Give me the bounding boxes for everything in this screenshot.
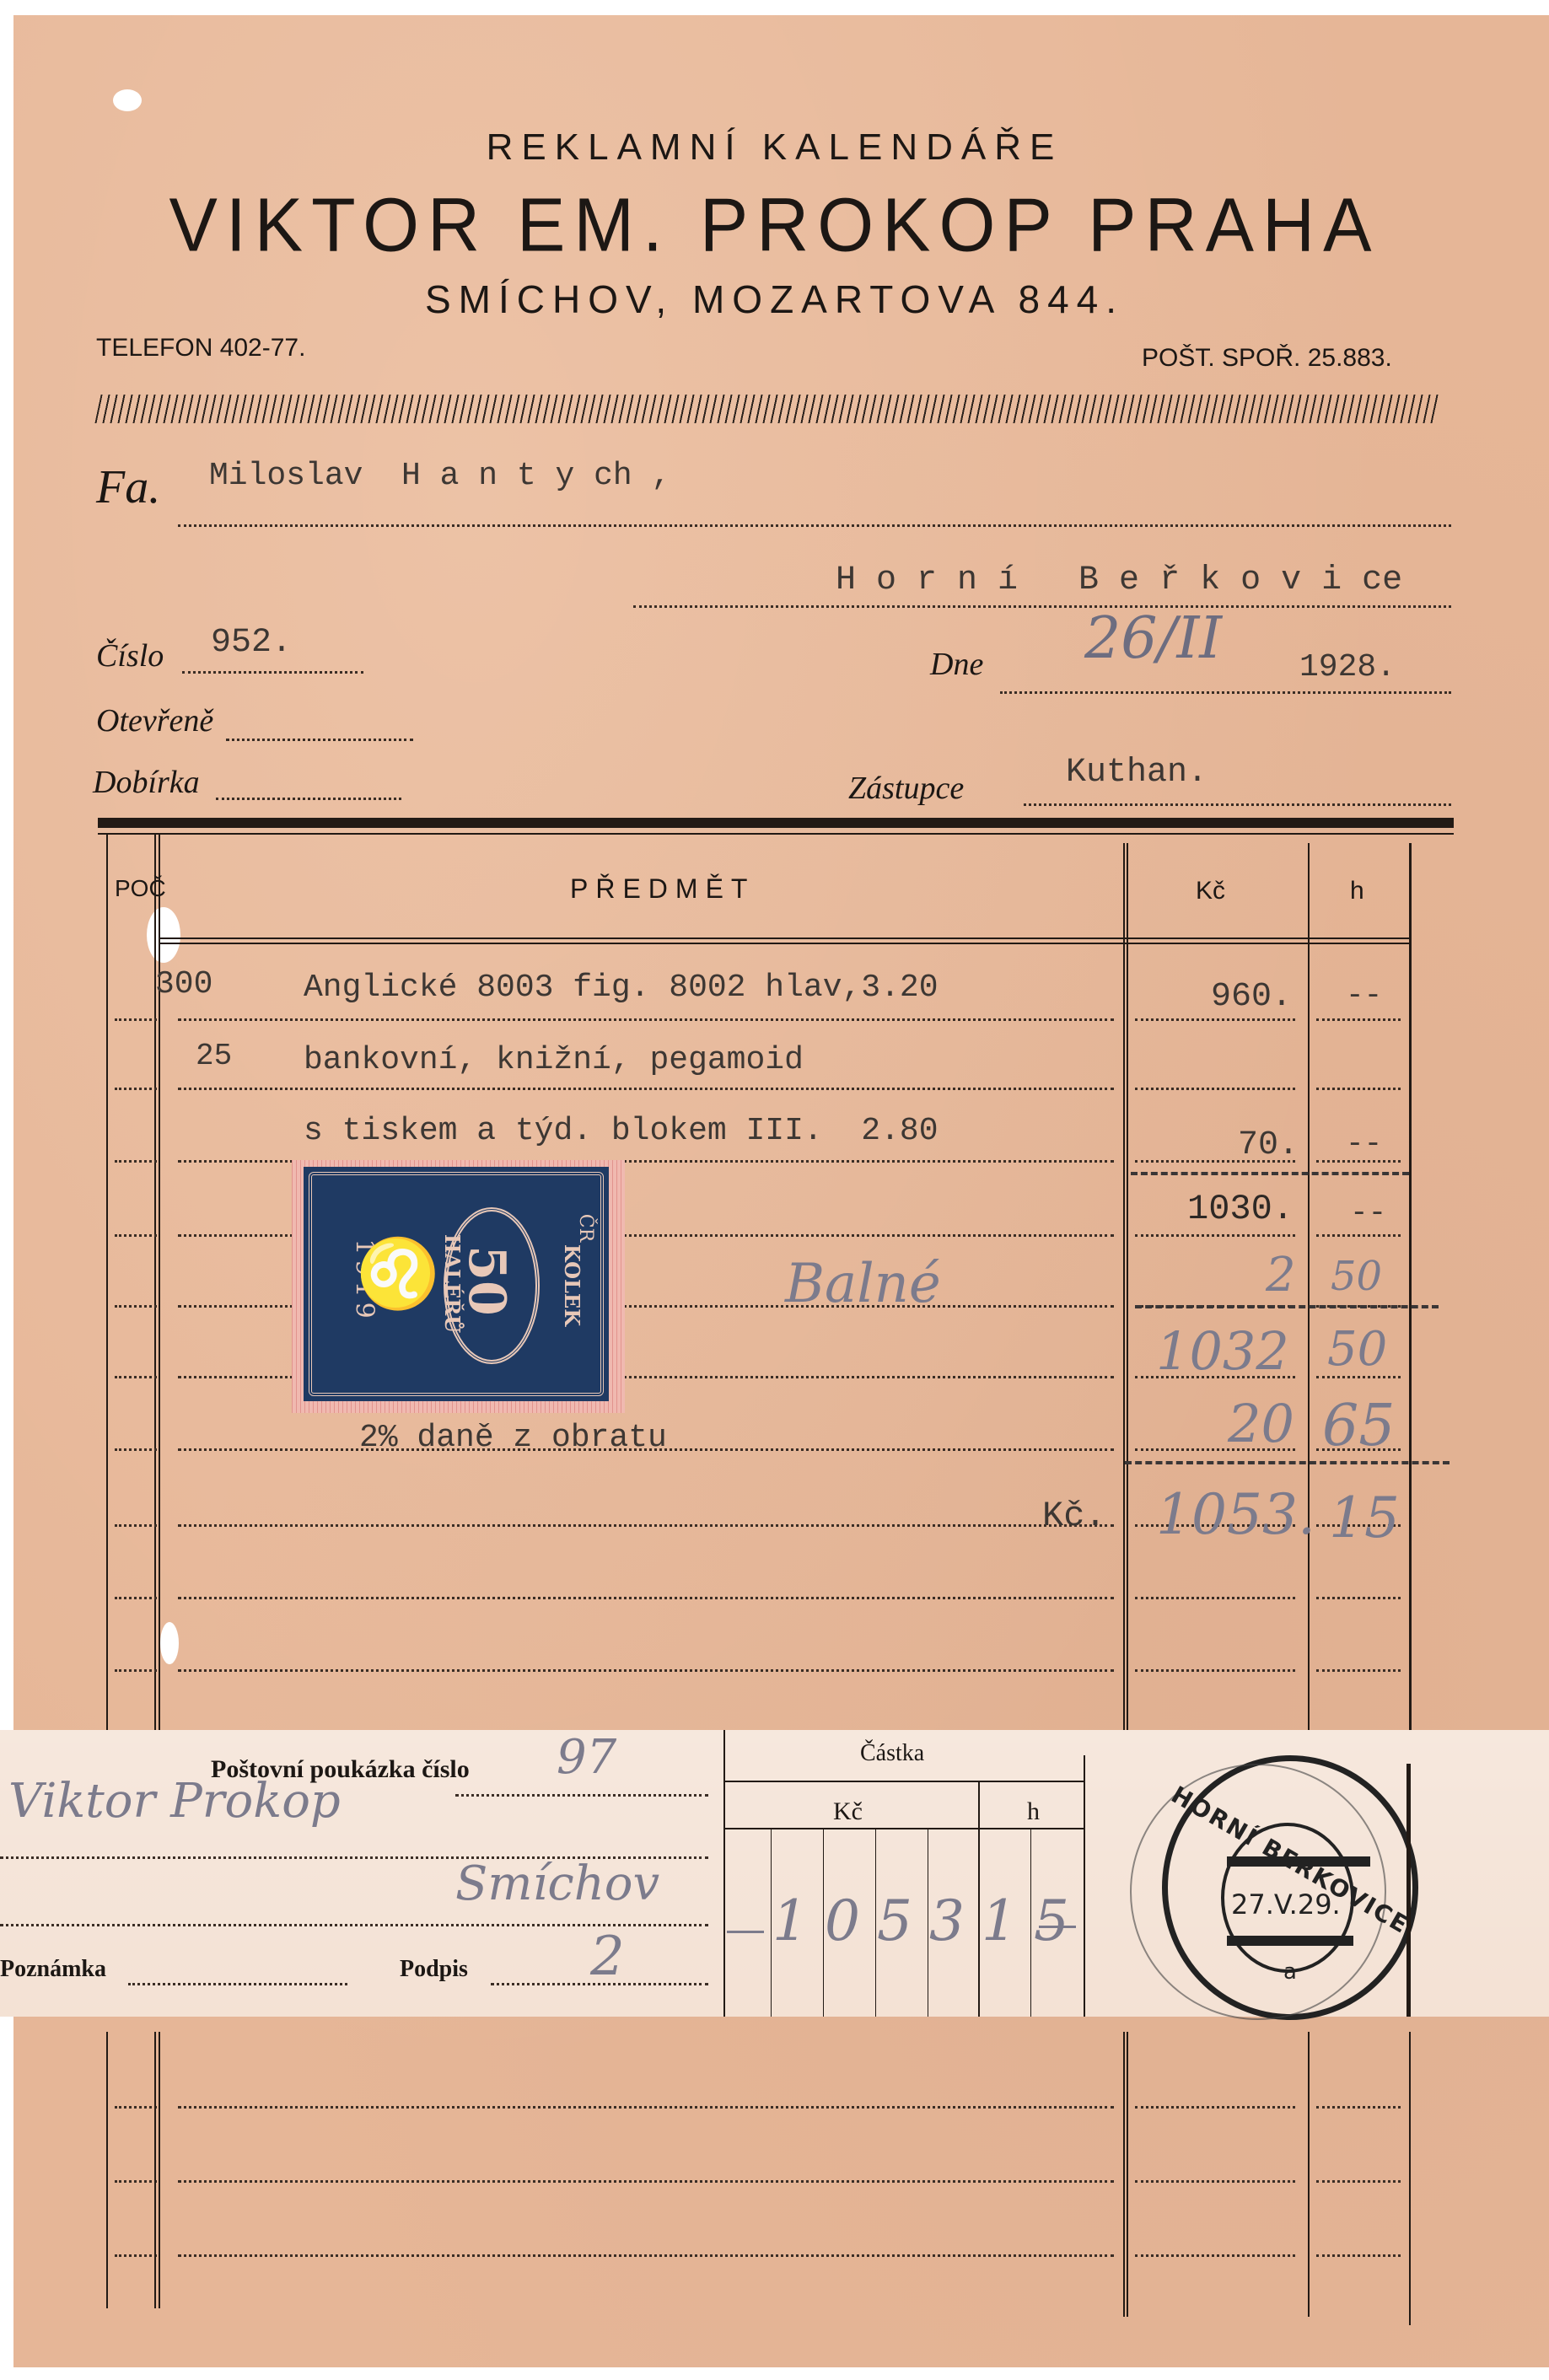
amount-kc-h-divider [978,1782,980,2017]
firm-name: Miloslav H a n t y ch , [209,458,670,494]
header-h: h [1350,877,1364,905]
digit-divider [928,1829,928,2017]
row-dotted-line [1135,1597,1295,1599]
digit-divider [1030,1829,1031,2017]
letterhead-phone: TELEFON 402-77. [96,334,305,363]
date-handwritten: 26/II [1084,605,1222,672]
money-order-number: 97 [557,1730,616,1785]
row-dotted-line [1135,2180,1295,2183]
amount-rule [725,1781,1084,1782]
row4-h: -- [1350,1195,1386,1230]
amount-label: Částka [860,1740,924,1767]
table-col-divider [1123,843,1125,1754]
row-dotted-line [178,1669,1114,1672]
signature-label: Podpis [400,1956,468,1983]
row5-item: Balné [785,1253,941,1315]
header-item: PŘEDMĚT [570,873,755,905]
row-dotted-line [178,1088,1114,1090]
stamp-right-text: KOLEK [560,1244,584,1326]
cod-underline [216,798,401,800]
table-right-border [1409,843,1412,1754]
row-dotted-line [1316,2106,1401,2109]
sender-handwritten: Viktor Prokop [8,1774,341,1829]
row7-h: 65 [1322,1393,1396,1459]
row7-kc: 20 [1228,1393,1294,1454]
row-dotted-line [1135,1018,1295,1021]
lion-emblem-icon: ♌ [356,1234,440,1314]
letterhead-postal-savings: POŠT. SPOŘ. 25.883. [1142,344,1392,373]
row-dotted-line [1135,1088,1295,1090]
row5-kc: 2 [1266,1248,1296,1303]
letterhead-tagline: REKLAMNÍ KALENDÁŘE [0,126,1549,169]
slip-right-rule [1406,1764,1411,2017]
table-col-divider [106,2032,108,2308]
row-dotted-line [115,1448,157,1451]
row1-h: -- [1346,978,1382,1013]
row-dotted-line [115,2180,157,2183]
postmark-date: 27.V.29. [1231,1888,1341,1921]
postmark-bar [1227,1936,1353,1946]
row-dotted-line [178,2180,1114,2183]
row-dotted-line [115,1018,157,1021]
date-year: 1928. [1299,649,1396,685]
date-label: Dne [930,646,983,683]
row1-qty: 300 [155,966,212,1002]
subtotal-dash-rule [1131,1172,1409,1175]
digit-divider [823,1829,824,2017]
amount-box-right [1084,1755,1085,2017]
firm-label: Fa. [96,460,160,514]
postmark-letter: a [1283,1959,1297,1985]
amount-h-label: h [1027,1797,1040,1826]
row8-kc: 1053. [1156,1482,1315,1547]
firm-place: H o r n í B e ř k o v i ce [836,561,1402,599]
row1-item: Anglické 8003 fig. 8002 hlav,3.20 [304,970,939,1006]
row-dotted-line [178,2254,1114,2257]
table-col-divider [1308,843,1310,1754]
header-kc: Kč [1196,877,1225,905]
amount-dash-left [727,1931,764,1933]
row-dotted-line [178,1597,1114,1599]
row-dotted-line [1135,2254,1295,2257]
row3-kc: 70. [1238,1126,1299,1164]
row1-kc: 960. [1211,978,1292,1016]
row-dotted-line [115,2106,157,2109]
row-dotted-line [115,1669,157,1672]
letterhead-address: SMÍCHOV, MOZARTOVA 844. [0,277,1549,322]
row-dotted-line [1316,1669,1401,1672]
row7-item: 2% daně z obratu [359,1420,667,1456]
row-dotted-line [115,2254,157,2257]
row2-item: bankovní, knižní, pegamoid [304,1042,804,1078]
amount-kc-label: Kč [833,1797,863,1826]
row-dotted-line [1316,2180,1401,2183]
row-dotted-line [178,2106,1114,2109]
row-dotted-line [1316,1234,1401,1237]
row-dotted-line [178,1524,1114,1527]
row2-qty: 25 [196,1039,232,1073]
row-dotted-line [115,1305,157,1308]
subtotal-dash-rule [1135,1305,1439,1308]
table-col-divider [1127,843,1128,1754]
place-underline [633,605,1451,608]
stamp-monogram: ČR [575,1214,596,1242]
row-dotted-line [115,1160,157,1163]
table-left-border [106,835,108,1754]
row3-h: -- [1346,1126,1382,1161]
digit-divider [875,1829,876,2017]
amount-digit: 3 [929,1888,965,1953]
postal-money-order-slip: Poštovní poukázka číslo 97 Viktor Prokop… [0,1730,1549,2017]
order-number-underline [455,1794,708,1797]
row3-item: s tiskem a týd. blokem III. 2.80 [304,1113,939,1149]
punch-hole [113,89,142,111]
number-label: Číslo [96,637,164,674]
agent-label: Zástupce [848,770,964,807]
note-label: Poznámka [0,1956,106,1983]
firm-underline [178,524,1451,527]
table-col-divider [1409,2032,1411,2325]
row-dotted-line [1316,1088,1401,1090]
amount-digit: 1 [772,1888,808,1953]
table-header-rule [159,943,1409,944]
table-col-divider [1123,2032,1125,2317]
table-top-rule-thin [98,833,1454,835]
row-dotted-line [1316,1597,1401,1599]
revenue-stamp-face: 1919 ♌ HALÉŘŮ 50 KOLEK ČR [304,1167,609,1401]
row8-label: Kč. [1042,1496,1106,1536]
row-dotted-line [1135,1669,1295,1672]
date-underline [1000,691,1451,694]
district-handwritten: 2 [590,1926,625,1988]
row6-kc: 1032 [1156,1320,1289,1382]
total-dash-rule [1125,1461,1449,1464]
header-qty: POČ [115,875,166,902]
row-dotted-line [178,1018,1114,1021]
row-dotted-line [115,1376,157,1378]
row-dotted-line [115,1597,157,1599]
row-dotted-line [1135,1234,1295,1237]
place-handwritten: Smíchov [455,1856,659,1911]
punch-hole [160,1622,179,1664]
table-col-divider [1308,2032,1310,2317]
row-dotted-line [1135,2106,1295,2109]
amount-box-left [723,1730,725,2017]
table-col-divider [159,2032,160,2308]
table-col-divider [1127,2032,1128,2317]
row4-kc: 1030. [1187,1189,1294,1229]
table-header-rule [159,937,1409,939]
amount-digit: 1 [982,1888,1017,1953]
letterhead-company: VIKTOR EM. PROKOP PRAHA [0,182,1549,270]
header-ruler [94,395,1443,423]
row-dotted-line [115,1088,157,1090]
row-dotted-line [1316,2254,1401,2257]
punch-hole [147,907,180,963]
row6-h: 50 [1327,1322,1387,1377]
signature-underline [491,1983,708,1985]
revenue-stamp: 1919 ♌ HALÉŘŮ 50 KOLEK ČR [292,1160,625,1413]
table-top-rule [98,818,1454,828]
digit-divider [771,1829,772,2017]
open-underline [226,739,413,741]
agent-underline [1024,803,1451,806]
table-col-divider [154,2032,156,2308]
row-dotted-line [115,1524,157,1527]
row5-h: 50 [1331,1253,1382,1300]
open-label: Otevřeně [96,702,213,739]
row-dotted-line [115,1234,157,1237]
number-value: 952. [211,624,292,662]
stamp-value: 50 [457,1245,516,1316]
row-dotted-line [1316,1018,1401,1021]
cod-label: Dobírka [93,764,200,801]
row8-h: 15 [1329,1485,1400,1550]
amount-digit: 5 [1034,1888,1069,1953]
number-underline [182,671,363,674]
agent-value: Kuthan. [1066,754,1207,792]
amount-digit: 5 [877,1888,912,1953]
note-underline [128,1983,347,1985]
amount-digit: 0 [825,1888,860,1953]
